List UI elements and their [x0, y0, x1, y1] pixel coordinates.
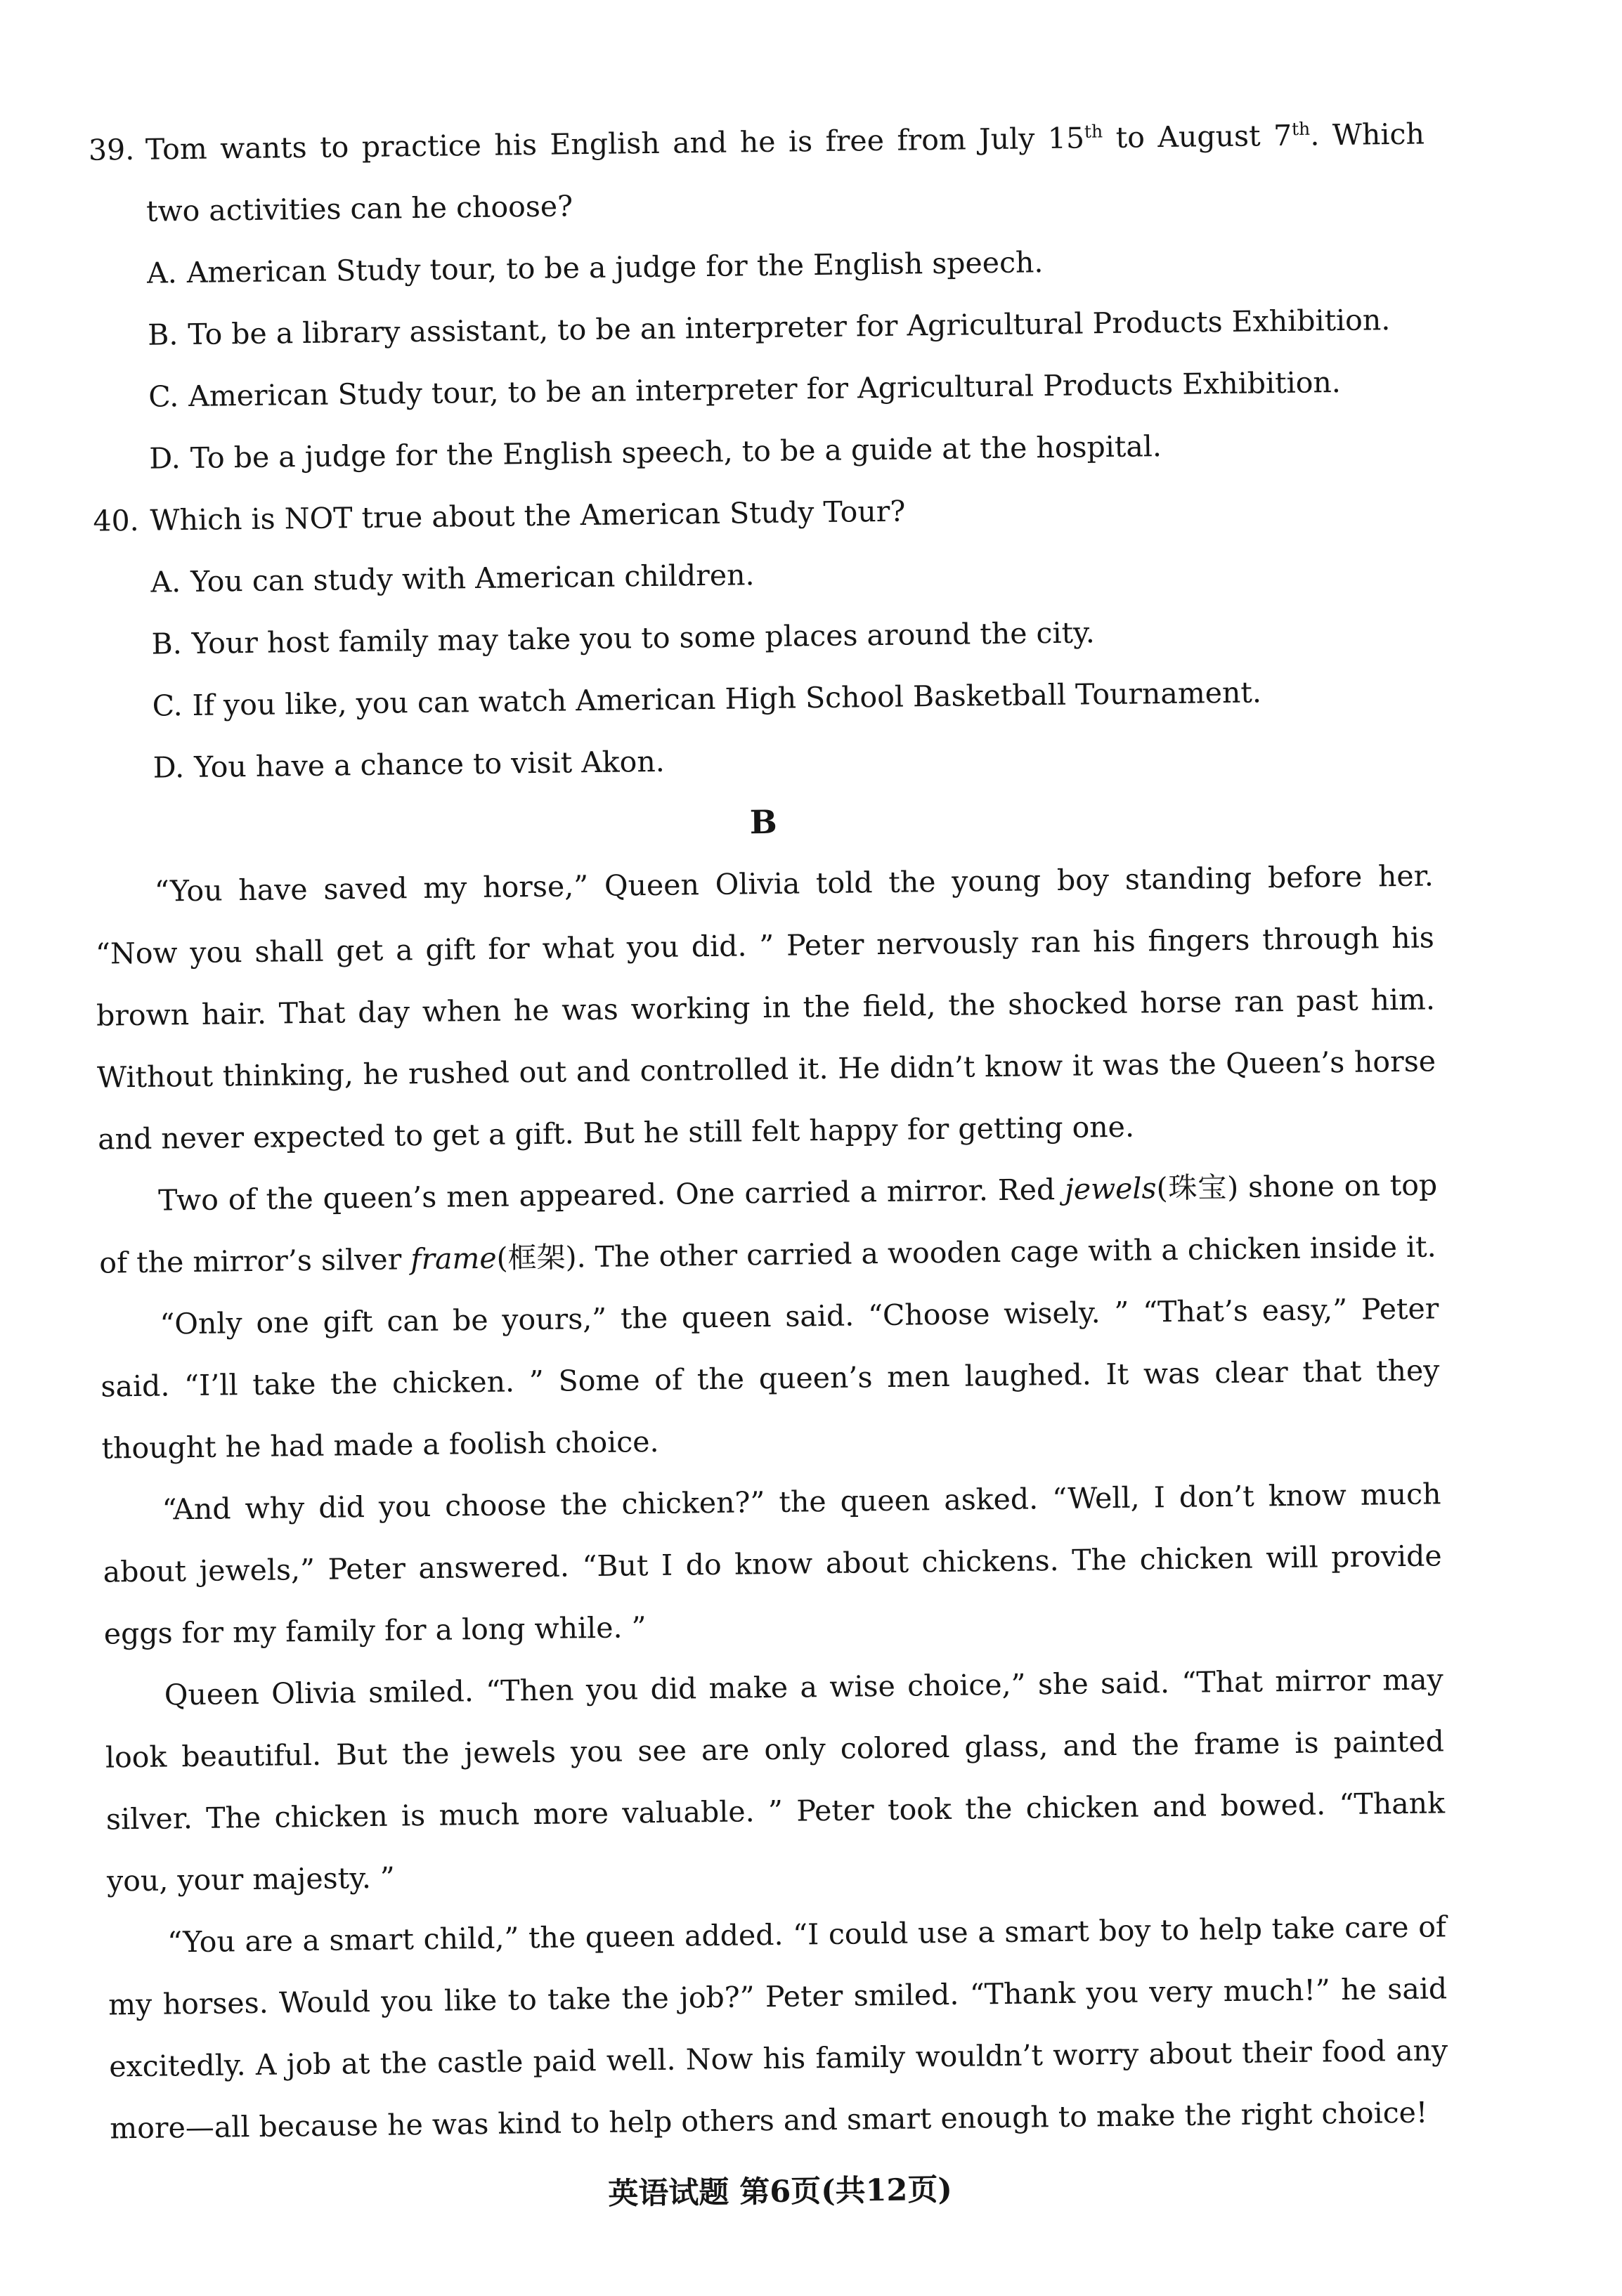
question-39-number: 39. — [88, 119, 134, 181]
passage-paragraph-3: “Only one gift can be yours,” the queen … — [100, 1277, 1441, 1479]
option-text: Your host family may take you to some pl… — [191, 615, 1095, 660]
option-letter: B. — [148, 304, 179, 366]
paragraph-text: (框架). The other carried a wooden cage wi… — [496, 1229, 1436, 1274]
option-text: You have a chance to visit Akon. — [194, 745, 665, 784]
passage-paragraph-1: “You have saved my horse,” Queen Olivia … — [94, 844, 1436, 1170]
option-letter: A. — [147, 242, 178, 304]
option-text: You can study with American children. — [190, 558, 755, 599]
page-content: 39. Tom wants to practice his English an… — [85, 103, 1450, 2261]
passage-paragraph-6: “You are a smart child,” the queen added… — [108, 1896, 1449, 2159]
question-40: 40. Which is NOT true about the American… — [90, 474, 1432, 799]
passage-paragraph-4: “And why did you choose the chicken?” th… — [102, 1463, 1443, 1664]
option-text: American Study tour, to be a judge for t… — [186, 245, 1043, 289]
italic-gloss-word: frame — [410, 1241, 497, 1276]
option-text: To be a judge for the English speech, to… — [190, 429, 1162, 475]
question-39: 39. Tom wants to practice his English an… — [85, 103, 1428, 490]
question-40-number: 40. — [93, 490, 139, 552]
option-text: American Study tour, to be an interprete… — [188, 365, 1341, 413]
passage-paragraph-2: Two of the queen’s men appeared. One car… — [98, 1154, 1439, 1293]
option-letter: C. — [152, 674, 183, 737]
option-letter: D. — [149, 427, 181, 490]
stem-text-pre: Tom wants to practice his English and he… — [145, 121, 1085, 166]
option-letter: C. — [148, 365, 179, 428]
option-text: If you like, you can watch American High… — [192, 675, 1261, 722]
ordinal-superscript: th — [1084, 121, 1103, 141]
exam-scan-page: 39. Tom wants to practice his English an… — [0, 0, 1622, 2296]
italic-gloss-word: jewels — [1065, 1171, 1157, 1206]
option-letter: B. — [151, 613, 182, 675]
option-letter: D. — [153, 736, 185, 799]
option-letter: A. — [150, 551, 181, 613]
paragraph-text: Two of the queen’s men appeared. One car… — [158, 1173, 1065, 1218]
question-39-stem: Tom wants to practice his English and he… — [145, 103, 1425, 242]
option-text: To be a library assistant, to be an inte… — [188, 303, 1390, 351]
page-footer: 英语试题 第6页(共12页) — [110, 2153, 1450, 2231]
passage-paragraph-5: Queen Olivia smiled. “Then you did make … — [104, 1648, 1446, 1912]
stem-text-mid: to August 7 — [1103, 119, 1292, 155]
ordinal-superscript: th — [1292, 119, 1311, 139]
